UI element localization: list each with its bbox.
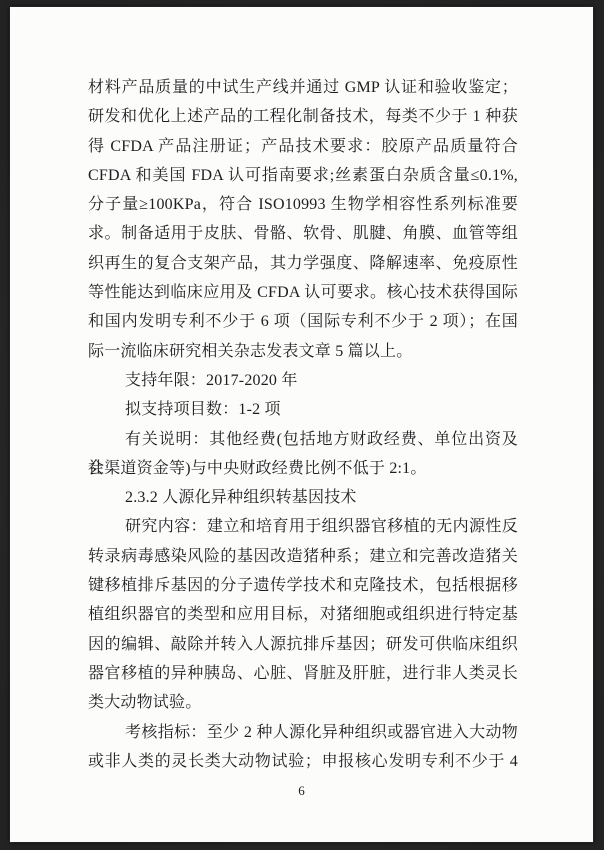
document-line: 织再生的复合支架产品，其力学强度、降解速率、免疫原性 <box>88 249 518 278</box>
page-number: 6 <box>10 784 593 798</box>
document-line: 植组织器官的类型和应用目标，对猪细胞或组织进行特定基 <box>88 600 518 629</box>
document-line: 转录病毒感染风险的基因改造猪种系；建立和完善改造猪关 <box>88 542 518 571</box>
document-line: 因的编辑、敲除并转入人源抗排斥基因；研发可供临床组织 <box>88 630 518 659</box>
document-page: 材料产品质量的中试生产线并通过 GMP 认证和验收鉴定；研发和优化上述产品的工程… <box>10 7 593 842</box>
document-line: 求。制备适用于皮肤、骨骼、软骨、肌腱、角膜、血管等组 <box>88 219 518 248</box>
document-line: 得 CFDA 产品注册证；产品技术要求：胶原产品质量符合 <box>88 132 518 161</box>
document-line: CFDA 和美国 FDA 认可指南要求;丝素蛋白杂质含量≤0.1%, <box>88 161 518 190</box>
document-line: 拟支持项目数：1-2 项 <box>88 395 518 424</box>
document-line: 2.3.2 人源化异种组织转基因技术 <box>88 483 518 512</box>
document-line: 等性能达到临床应用及 CFDA 认可要求。核心技术获得国际 <box>88 278 518 307</box>
document-body: 材料产品质量的中试生产线并通过 GMP 认证和验收鉴定；研发和优化上述产品的工程… <box>88 73 518 776</box>
document-line: 或非人类的灵长类大动物试验；申报核心发明专利不少于 4 <box>88 747 518 776</box>
document-line: 际一流临床研究相关杂志发表文章 5 篇以上。 <box>88 337 518 366</box>
document-line: 材料产品质量的中试生产线并通过 GMP 认证和验收鉴定； <box>88 73 518 102</box>
document-line: 会渠道资金等)与中央财政经费比例不低于 2:1。 <box>88 454 518 483</box>
document-line: 类大动物试验。 <box>88 688 518 717</box>
scan-backdrop: 材料产品质量的中试生产线并通过 GMP 认证和验收鉴定；研发和优化上述产品的工程… <box>0 0 604 850</box>
document-line: 有关说明：其他经费(包括地方财政经费、单位出资及社 <box>88 425 518 454</box>
document-line: 研究内容：建立和培育用于组织器官移植的无内源性反 <box>88 512 518 541</box>
document-line: 支持年限：2017-2020 年 <box>88 366 518 395</box>
document-line: 研发和优化上述产品的工程化制备技术，每类不少于 1 种获 <box>88 102 518 131</box>
document-line: 考核指标：至少 2 种人源化异种组织或器官进入大动物 <box>88 718 518 747</box>
document-line: 键移植排斥基因的分子遗传学技术和克隆技术，包括根据移 <box>88 571 518 600</box>
document-line: 器官移植的异种胰岛、心脏、肾脏及肝脏，进行非人类灵长 <box>88 659 518 688</box>
document-line: 和国内发明专利不少于 6 项（国际专利不少于 2 项）；在国 <box>88 307 518 336</box>
document-line: 分子量≥100KPa，符合 ISO10993 生物学相容性系列标准要 <box>88 190 518 219</box>
